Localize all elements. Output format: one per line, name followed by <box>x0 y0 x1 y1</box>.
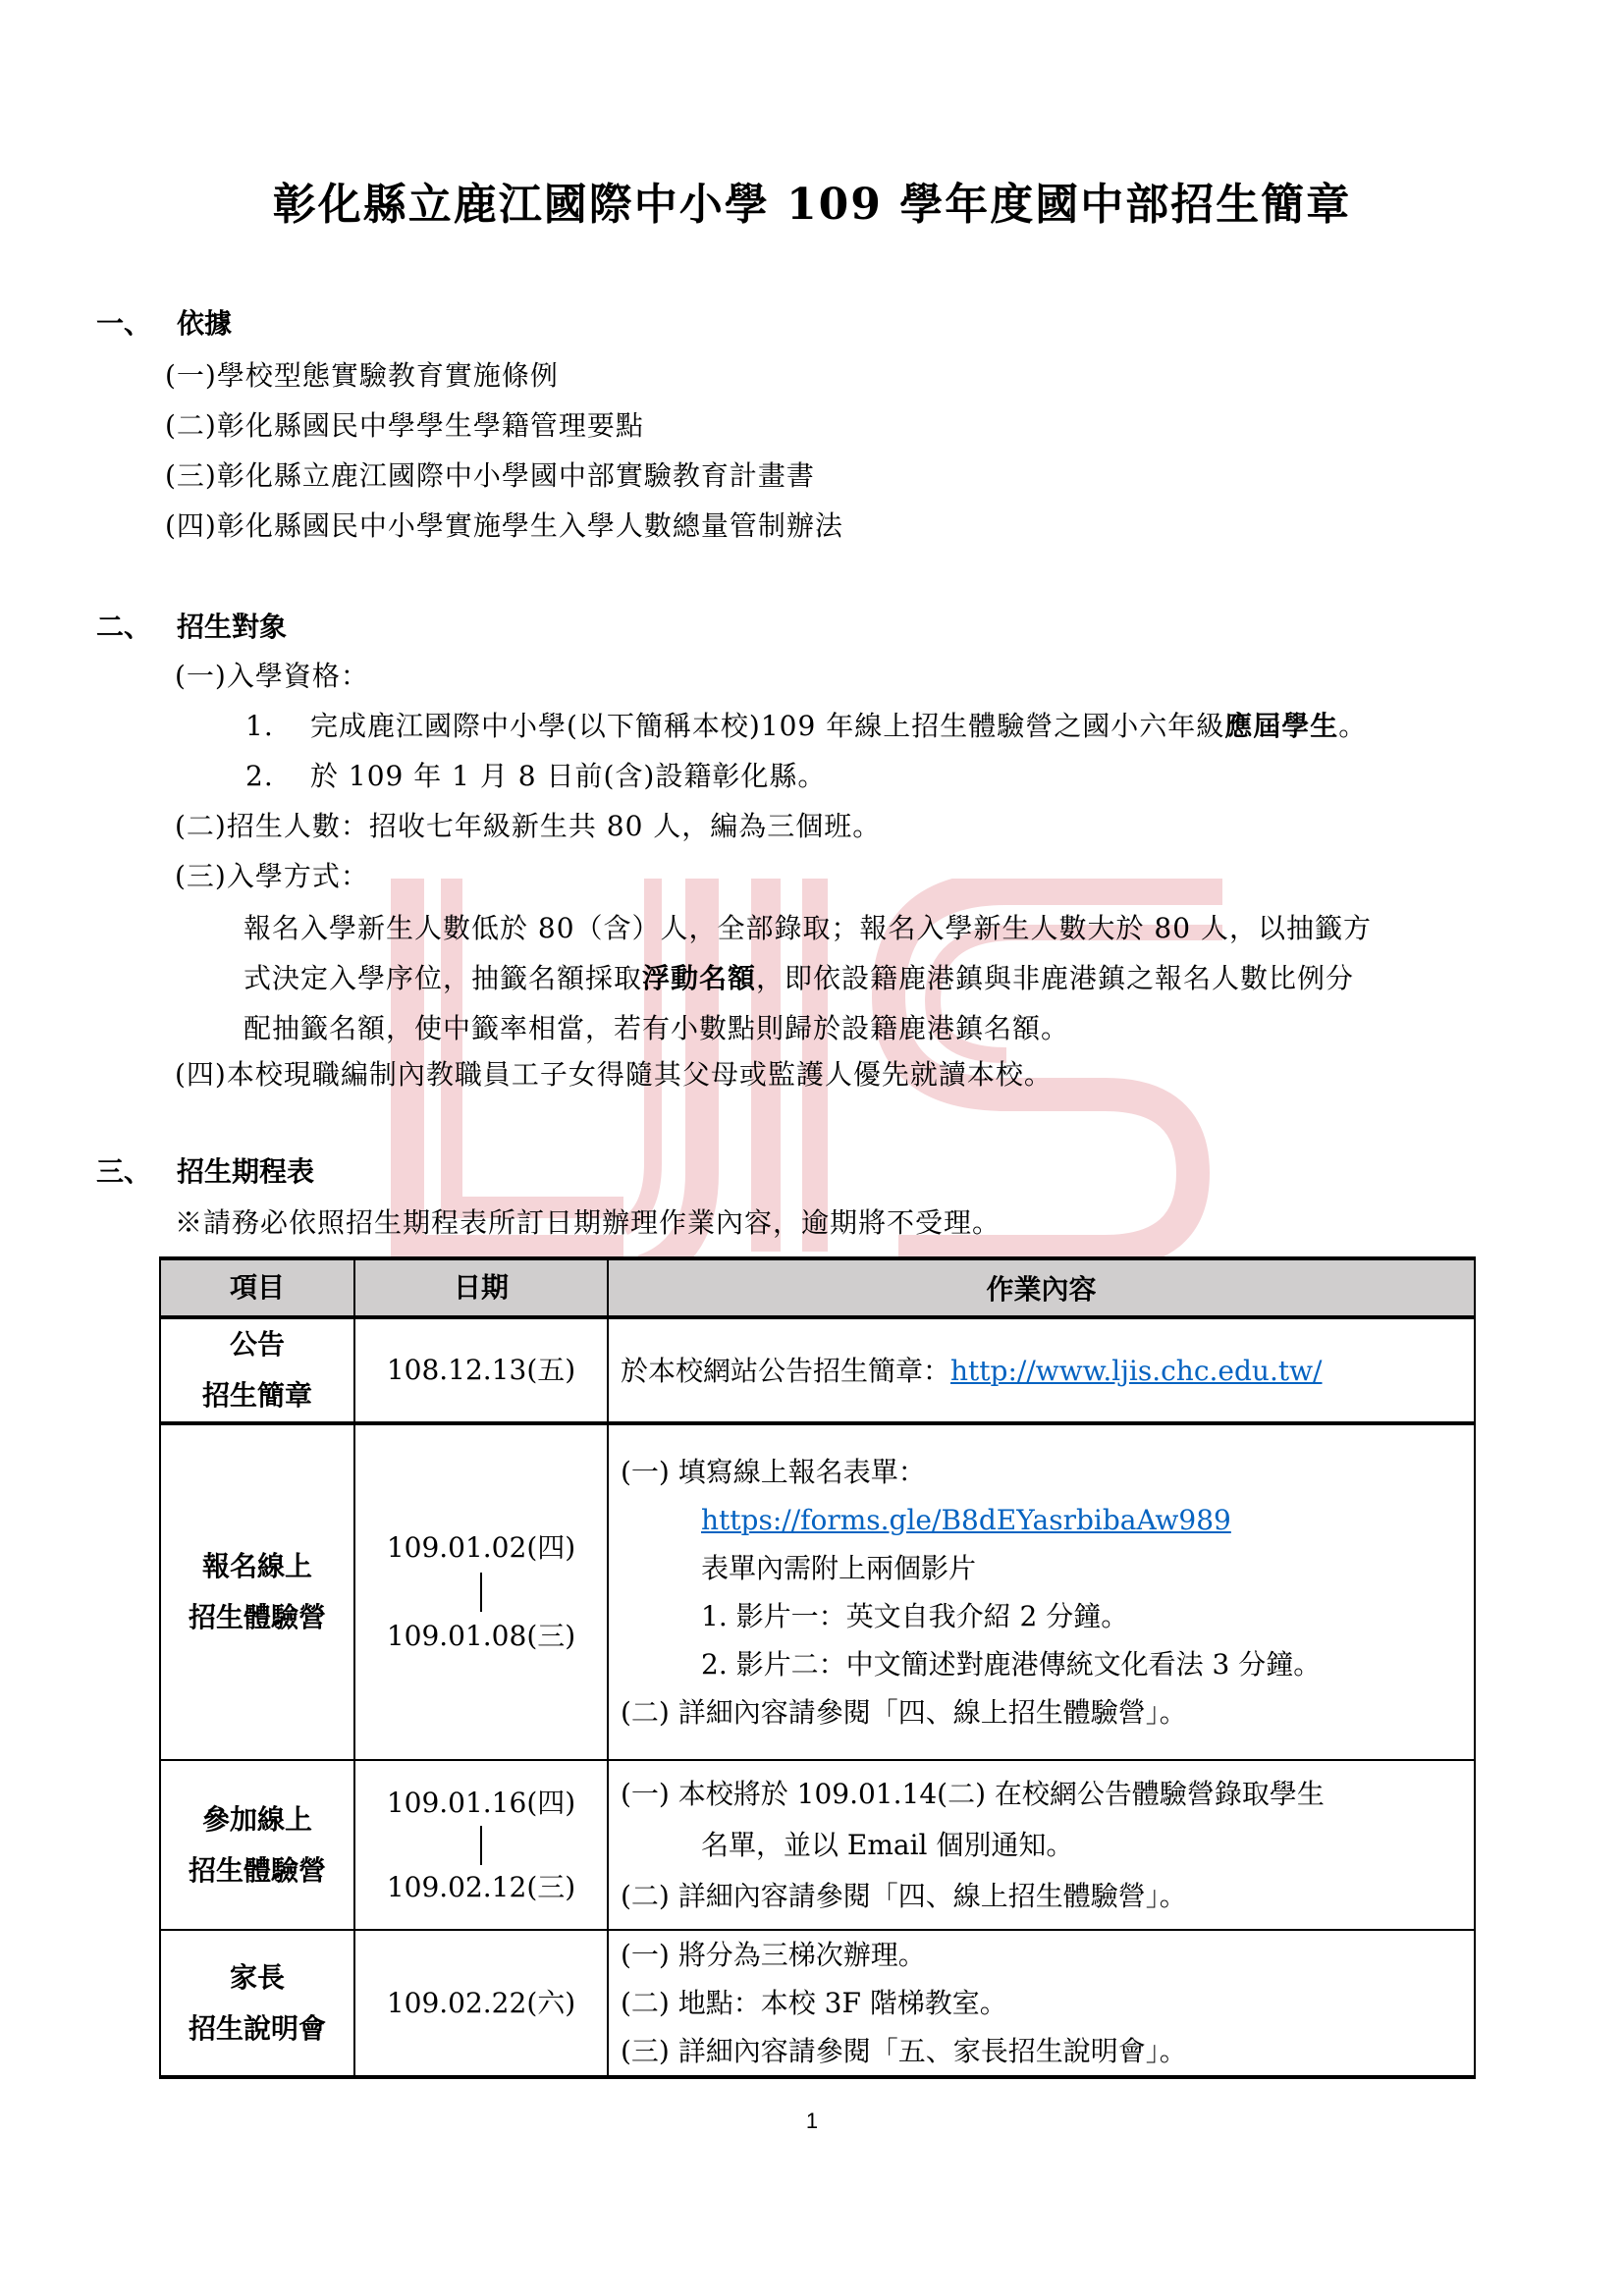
section-number: 二、 <box>96 606 177 645</box>
header-item: 項目 <box>160 1258 354 1317</box>
row-content: 於本校網站公告招生簡章：http://www.ljis.chc.edu.tw/ <box>608 1317 1475 1423</box>
item-line: 招生說明會 <box>161 2003 353 2055</box>
document-title: 彰化縣立鹿江國際中小學 109 學年度國中部招生簡章 <box>0 169 1624 232</box>
item-line: 招生簡章 <box>161 1370 353 1421</box>
item-line: 報名線上 <box>161 1541 353 1592</box>
basis-item: (四)彰化縣國民中小學實施學生入學人數總量管制辦法 <box>165 505 843 544</box>
row-date-range: 109.01.16(四) 109.02.12(三) <box>354 1760 608 1930</box>
content-note: 表單內需附上兩個影片 <box>621 1544 1474 1592</box>
enrollment-count: (二)招生人數：招收七年級新生共 80 人，編為三個班。 <box>175 805 881 844</box>
admission-method-line: 配抽籤名額，使中籤率相當，若有小數點則歸於設籍鹿港鎮名額。 <box>244 1007 1069 1046</box>
date-end: 109.02.12(三) <box>355 1865 607 1910</box>
item-line: 家長 <box>161 1952 353 2003</box>
date-range-separator <box>480 1573 482 1612</box>
page-number: 1 <box>0 2109 1624 2134</box>
video-requirement: 1. 影片一：英文自我介紹 2 分鐘。 <box>621 1592 1474 1640</box>
table-row: 家長 招生說明會 109.02.22(六) (一) 將分為三梯次辦理。 (二) … <box>160 1930 1475 2077</box>
text: ，即依設籍鹿港鎮與非鹿港鎮之報名人數比例分 <box>756 962 1354 994</box>
registration-form-link[interactable]: https://forms.gle/B8dEYasrbibaAw989 <box>701 1504 1231 1536</box>
date-start: 109.01.16(四) <box>355 1781 607 1826</box>
table-header-row: 項目 日期 作業內容 <box>160 1258 1475 1317</box>
basis-item: (二)彰化縣國民中學學生學籍管理要點 <box>165 404 644 444</box>
admission-method-line: 報名入學新生人數低於 80（含）人，全部錄取；報名入學新生人數大於 80 人，以… <box>244 907 1372 946</box>
row-item: 報名線上 招生體驗營 <box>160 1423 354 1760</box>
section-heading-target: 二、招生對象 <box>96 606 287 645</box>
table-row: 參加線上 招生體驗營 109.01.16(四) 109.02.12(三) (一)… <box>160 1760 1475 1930</box>
emphasis-text: 應屆學生 <box>1224 710 1338 742</box>
row-date: 108.12.13(五) <box>354 1317 608 1423</box>
section-title: 招生期程表 <box>177 1155 314 1188</box>
item-line: 公告 <box>161 1319 353 1370</box>
text: 式決定入學序位，抽籤名額採取 <box>244 962 642 994</box>
item-line: 招生體驗營 <box>161 1845 353 1896</box>
content-text: 於本校網站公告招生簡章： <box>621 1355 950 1387</box>
row-date: 109.02.22(六) <box>354 1930 608 2077</box>
admission-method-label: (三)入學方式： <box>175 855 369 894</box>
row-item: 公告 招生簡章 <box>160 1317 354 1423</box>
content-item: (二) 詳細內容請參閱「四、線上招生體驗營」。 <box>621 1688 1474 1736</box>
content-item: (一) 填寫線上報名表單： <box>621 1448 1474 1496</box>
content-continuation: 名單，並以 Email 個別通知。 <box>621 1820 1474 1871</box>
document-page: 彰化縣立鹿江國際中小學 109 學年度國中部招生簡章 一、依據 (一)學校型態實… <box>0 0 1624 2296</box>
item-line: 參加線上 <box>161 1794 353 1845</box>
item-number: 2. <box>245 760 310 792</box>
item-line: 招生體驗營 <box>161 1592 353 1643</box>
item-text-end: 。 <box>1338 710 1367 742</box>
table-row: 公告 招生簡章 108.12.13(五) 於本校網站公告招生簡章：http://… <box>160 1317 1475 1423</box>
item-text: 於 109 年 1 月 8 日前(含)設籍彰化縣。 <box>310 760 826 792</box>
content-item: (二) 地點：本校 3F 階梯教室。 <box>621 1979 1474 2027</box>
eligibility-item: 1.完成鹿江國際中小學(以下簡稱本校)109 年線上招生體驗營之國小六年級應屆學… <box>245 705 1367 744</box>
schedule-table: 項目 日期 作業內容 公告 招生簡章 108.12.13(五) 於本校網站公告招… <box>159 1256 1476 2079</box>
date-end: 109.01.08(三) <box>355 1612 607 1661</box>
date-start: 109.01.02(四) <box>355 1523 607 1573</box>
item-number: 1. <box>245 710 310 742</box>
priority-enrollment: (四)本校現職編制內教職員工子女得隨其父母或監護人優先就讀本校。 <box>175 1053 1053 1093</box>
row-item: 家長 招生說明會 <box>160 1930 354 2077</box>
eligibility-item: 2.於 109 年 1 月 8 日前(含)設籍彰化縣。 <box>245 755 826 794</box>
section-heading-basis: 一、依據 <box>96 302 232 342</box>
date-range-separator <box>480 1826 482 1865</box>
content-item: (三) 詳細內容請參閱「五、家長招生說明會」。 <box>621 2027 1474 2075</box>
admission-method-line: 式決定入學序位，抽籤名額採取浮動名額，即依設籍鹿港鎮與非鹿港鎮之報名人數比例分 <box>244 957 1354 996</box>
header-date: 日期 <box>354 1258 608 1317</box>
section-title: 依據 <box>177 307 232 340</box>
section-number: 一、 <box>96 302 177 342</box>
content-item: (一) 本校將於 109.01.14(二) 在校網公告體驗營錄取學生 <box>621 1769 1474 1820</box>
row-date-range: 109.01.02(四) 109.01.08(三) <box>354 1423 608 1760</box>
header-content: 作業內容 <box>608 1258 1475 1317</box>
content-item: (二) 詳細內容請參閱「四、線上招生體驗營」。 <box>621 1871 1474 1922</box>
section-number: 三、 <box>96 1150 177 1190</box>
table-row: 報名線上 招生體驗營 109.01.02(四) 109.01.08(三) (一)… <box>160 1423 1475 1760</box>
row-content: (一) 本校將於 109.01.14(二) 在校網公告體驗營錄取學生 名單，並以… <box>608 1760 1475 1930</box>
emphasis-text: 浮動名額 <box>642 962 756 994</box>
school-website-link[interactable]: http://www.ljis.chc.edu.tw/ <box>950 1355 1322 1387</box>
schedule-note: ※請務必依照招生期程表所訂日期辦理作業內容，逾期將不受理。 <box>175 1201 1001 1241</box>
content-item: (一) 將分為三梯次辦理。 <box>621 1931 1474 1979</box>
row-content: (一) 將分為三梯次辦理。 (二) 地點：本校 3F 階梯教室。 (三) 詳細內… <box>608 1930 1475 2077</box>
video-requirement: 2. 影片二：中文簡述對鹿港傳統文化看法 3 分鐘。 <box>621 1640 1474 1688</box>
basis-item: (三)彰化縣立鹿江國際中小學國中部實驗教育計畫書 <box>165 454 815 494</box>
eligibility-label: (一)入學資格： <box>175 655 369 694</box>
section-heading-schedule: 三、招生期程表 <box>96 1150 314 1190</box>
row-content: (一) 填寫線上報名表單： https://forms.gle/B8dEYasr… <box>608 1423 1475 1760</box>
row-item: 參加線上 招生體驗營 <box>160 1760 354 1930</box>
basis-item: (一)學校型態實驗教育實施條例 <box>165 354 559 394</box>
item-text: 完成鹿江國際中小學(以下簡稱本校)109 年線上招生體驗營之國小六年級 <box>310 710 1224 742</box>
section-title: 招生對象 <box>177 611 287 643</box>
